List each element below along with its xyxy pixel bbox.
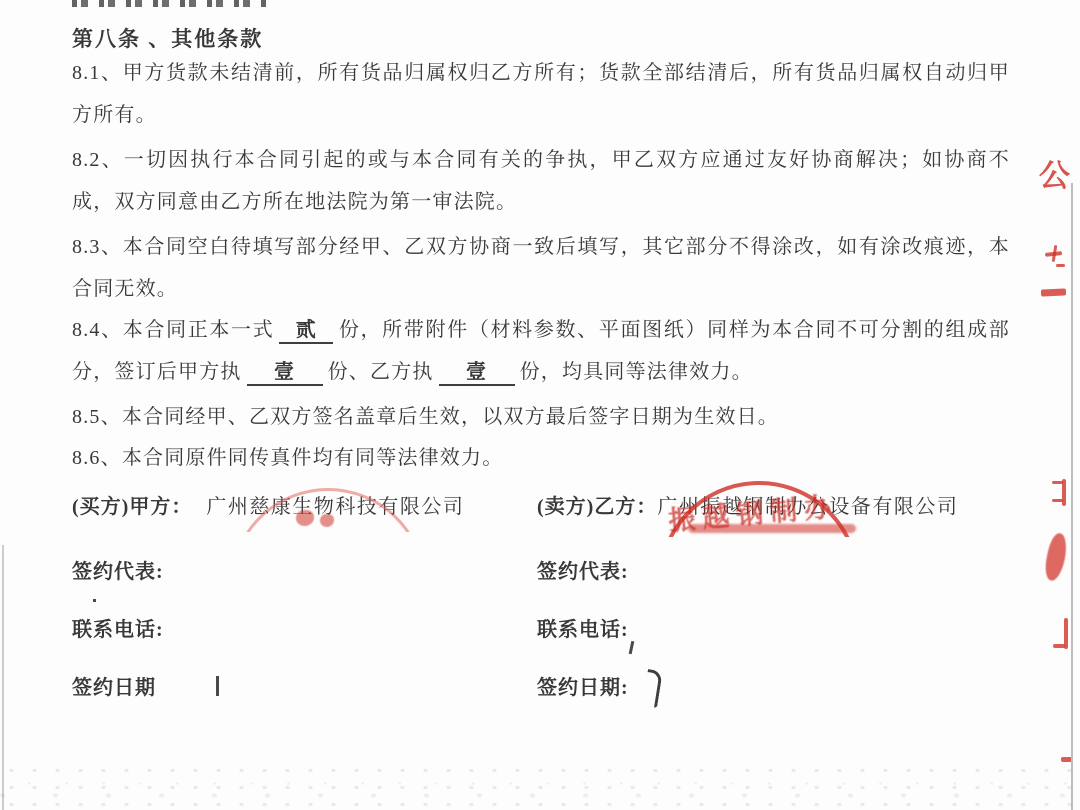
clause-number: 8.4、	[72, 319, 123, 341]
clause-8-5: 8.5、本合同经甲、乙双方签名盖章后生效，以双方最后签字日期为生效日。	[72, 396, 1010, 438]
clause-text: 本合同正本一式	[123, 319, 275, 341]
scan-noise-band	[0, 762, 1080, 810]
buyer-label: (买方)甲方：	[72, 496, 192, 518]
clause-text: 本合同空白待填写部分经甲、乙双方协商一致后填写，其它部分不得涂改，如有涂改痕迹，…	[72, 236, 1010, 300]
seller-representative-label: 签约代表:	[537, 557, 629, 587]
buyer-phone-label: 联系电话:	[72, 615, 164, 645]
edge-stamp-fragment	[1056, 264, 1065, 267]
clipped-text-line	[72, 0, 267, 7]
edge-stamp-blob	[1042, 532, 1070, 583]
edge-stamp-fragment	[1053, 644, 1065, 648]
clause-8-3: 8.3、本合同空白待填写部分经甲、乙双方协商一致后填写，其它部分不得涂改，如有涂…	[72, 226, 1010, 310]
edge-stamp-character: 公	[1038, 149, 1071, 195]
handwritten-tick	[629, 641, 634, 654]
page-edge-line-right	[1071, 183, 1073, 810]
seller-label: (卖方)乙方：	[537, 496, 657, 518]
clause-text: 一切因执行本合同引起的或与本合同有关的争执，甲乙双方应通过友好协商解决；如协商不…	[72, 149, 1010, 213]
seller-date-label: 签约日期:	[537, 673, 629, 703]
seller-seal-streak	[688, 524, 856, 533]
fill-in-party-a-copies: 壹	[247, 360, 323, 386]
edge-stamp-dash	[1041, 288, 1066, 296]
contract-page: 第八条 、其他条款 8.1、甲方货款未结清前，所有货品归属权归乙方所有；货款全部…	[0, 0, 1080, 810]
clause-8-6: 8.6、本合同原件同传真件均有同等法律效力。	[72, 437, 1010, 479]
edge-stamp-fragment	[1052, 499, 1063, 502]
clause-number: 8.5、	[72, 406, 122, 428]
clause-number: 8.1、	[72, 62, 123, 84]
clause-text: 份、乙方执	[328, 361, 434, 383]
handwritten-colon-mark	[216, 676, 219, 696]
clause-8-1: 8.1、甲方货款未结清前，所有货品归属权归乙方所有；货款全部结清后，所有货品归属…	[72, 52, 1010, 136]
clause-text: 本合同经甲、乙双方签名盖章后生效，以双方最后签字日期为生效日。	[122, 406, 779, 428]
article-8-heading: 第八条 、其他条款	[72, 23, 263, 53]
buyer-representative-label: 签约代表:	[72, 557, 164, 587]
edge-stamp-fragment	[1052, 481, 1063, 484]
fill-in-party-b-copies: 壹	[439, 360, 515, 386]
clause-text: 份，均具同等法律效力。	[520, 361, 753, 383]
seller-phone-label: 联系电话:	[537, 615, 629, 645]
scan-speck	[93, 599, 96, 602]
clause-8-2: 8.2、一切因执行本合同引起的或与本合同有关的争执，甲乙双方应通过友好协商解决；…	[72, 139, 1010, 223]
clause-text: 甲方货款未结清前，所有货品归属权归乙方所有；货款全部结清后，所有货品归属权自动归…	[72, 62, 1010, 126]
clause-text: 本合同原件同传真件均有同等法律效力。	[122, 447, 504, 469]
handwritten-date-mark	[642, 669, 663, 708]
clause-number: 8.3、	[72, 236, 123, 258]
clause-number: 8.2、	[72, 149, 124, 171]
fill-in-total-copies: 贰	[279, 318, 333, 344]
clause-number: 8.6、	[72, 447, 122, 469]
scanned-document: 第八条 、其他条款 8.1、甲方货款未结清前，所有货品归属权归乙方所有；货款全部…	[0, 0, 1080, 810]
clause-8-4: 8.4、本合同正本一式贰份，所带附件（材料参数、平面图纸）同样为本合同不可分割的…	[72, 309, 1010, 393]
buyer-date-label: 签约日期	[72, 673, 156, 703]
